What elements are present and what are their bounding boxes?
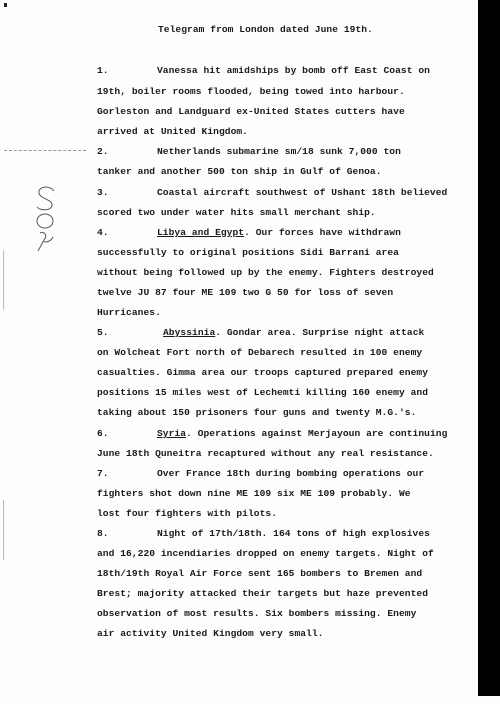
paragraph-8-line: Brest; majority attacked their targets b… xyxy=(97,588,428,599)
paragraph-1-line: Gorleston and Landguard ex-United States… xyxy=(97,106,405,117)
document-page: Telegram from London dated June 19th. 1.… xyxy=(0,0,500,704)
paragraph-5-line: positions 15 miles west of Lechemti kill… xyxy=(97,387,428,398)
paragraph-number: 7. xyxy=(97,468,157,479)
paragraph-7-line: fighters shot down nine ME 109 six ME 10… xyxy=(97,488,411,499)
paragraph-8-line: and 16,220 incendiaries dropped on enemy… xyxy=(97,548,434,559)
handwritten-annotation-icon xyxy=(30,185,64,251)
paragraph-5-line: taking about 150 prisoners four guns and… xyxy=(97,407,416,418)
paragraph-number: 3. xyxy=(97,187,157,198)
section-heading: Abyssinia xyxy=(163,327,215,338)
paragraph-2-line: tanker and another 500 ton ship in Gulf … xyxy=(97,166,382,177)
paragraph-text: Coastal aircraft southwest of Ushant 18t… xyxy=(157,187,447,198)
paragraph-text: . Gondar area. Surprise night attack xyxy=(215,327,424,338)
paragraph-text: Netherlands submarine sm/18 sunk 7,000 t… xyxy=(157,146,401,157)
paragraph-5-line: casualties. Gimma area our troops captur… xyxy=(97,367,428,378)
paragraph-8-line: 18th/19th Royal Air Force sent 165 bombe… xyxy=(97,568,422,579)
paragraph-number: 2. xyxy=(97,146,157,157)
paragraph-6-line: June 18th Quneitra recaptured without an… xyxy=(97,448,434,459)
paragraph-6-line: 6.Syria. Operations against Merjayoun ar… xyxy=(97,428,447,439)
section-heading: Syria xyxy=(157,428,186,439)
section-heading: Libya and Egypt xyxy=(157,227,244,238)
scan-left-edge-line xyxy=(3,500,4,560)
paragraph-5-line: 5.Abyssinia. Gondar area. Surprise night… xyxy=(97,327,424,338)
paragraph-7-line: 7.Over France 18th during bombing operat… xyxy=(97,468,424,479)
margin-dash-line xyxy=(4,150,86,152)
paragraph-1-line: arrived at United Kingdom. xyxy=(97,126,248,137)
paragraph-4-line: 4.Libya and Egypt. Our forces have withd… xyxy=(97,227,401,238)
document-title: Telegram from London dated June 19th. xyxy=(158,24,373,35)
scan-left-edge-line xyxy=(3,250,4,310)
paragraph-7-line: lost four fighters with pilots. xyxy=(97,508,277,519)
paragraph-1-line: 1.Vanessa hit amidships by bomb off East… xyxy=(97,65,430,76)
paragraph-2-line: 2.Netherlands submarine sm/18 sunk 7,000… xyxy=(97,146,401,157)
paragraph-number: 8. xyxy=(97,528,157,539)
paragraph-number: 4. xyxy=(97,227,157,238)
paragraph-text: . Operations against Merjayoun are conti… xyxy=(186,428,447,439)
scan-corner-mark xyxy=(4,3,7,7)
paragraph-4-line: successfully to original positions Sidi … xyxy=(97,247,399,258)
paragraph-text: . Our forces have withdrawn xyxy=(244,227,401,238)
paragraph-4-line: twelve JU 87 four ME 109 two G 50 for lo… xyxy=(97,287,393,298)
paragraph-3-line: 3.Coastal aircraft southwest of Ushant 1… xyxy=(97,187,447,198)
paragraph-4-line: Hurricanes. xyxy=(97,307,161,318)
paragraph-number: 1. xyxy=(97,65,157,76)
paragraph-text: Night of 17th/18th. 164 tons of high exp… xyxy=(157,528,430,539)
paragraph-8-line: 8.Night of 17th/18th. 164 tons of high e… xyxy=(97,528,430,539)
paragraph-8-line: observation of most results. Six bombers… xyxy=(97,608,416,619)
paragraph-text: Over France 18th during bombing operatio… xyxy=(157,468,424,479)
paragraph-number: 6. xyxy=(97,428,157,439)
paragraph-8-line: air activity United Kingdom very small. xyxy=(97,628,323,639)
paragraph-1-line: 19th, boiler rooms flooded, being towed … xyxy=(97,86,405,97)
scan-edge-black-bar xyxy=(478,0,500,696)
paragraph-4-line: without being followed up by the enemy. … xyxy=(97,267,434,278)
paragraph-number: 5. xyxy=(97,327,163,338)
paragraph-text: Vanessa hit amidships by bomb off East C… xyxy=(157,65,430,76)
paragraph-5-line: on Wolcheat Fort north of Debarech resul… xyxy=(97,347,422,358)
paragraph-3-line: scored two under water hits small mercha… xyxy=(97,207,376,218)
